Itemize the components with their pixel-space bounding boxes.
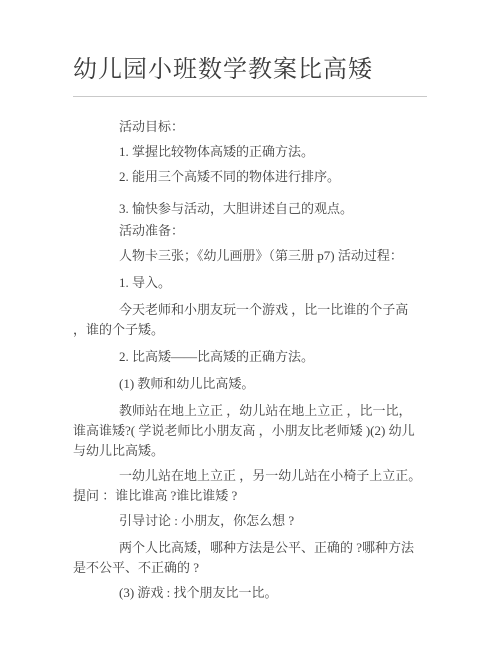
paragraph: (1) 教师和幼儿比高矮。 — [73, 374, 423, 394]
paragraph: 3. 愉快参与活动，大胆讲述自己的观点。 — [73, 199, 423, 219]
paragraph: 一幼儿站在地上立正 ，另一幼儿站在小椅子上立正。提问 ：谁比谁高 ?谁比谁矮 ? — [73, 466, 423, 506]
paragraph: 2. 能用三个高矮不同的物体进行排序。 — [73, 167, 423, 187]
page-title: 幼儿园小班数学教案比高矮 — [73, 55, 427, 85]
document-page: 幼儿园小班数学教案比高矮 活动目标： 1. 掌握比较物体高矮的正确方法。 2. … — [0, 0, 500, 648]
paragraph: 活动准备： — [73, 221, 423, 241]
paragraph: 引导讨论 : 小朋友，你怎么想 ? — [73, 511, 423, 531]
paragraph: 1. 掌握比较物体高矮的正确方法。 — [73, 142, 423, 162]
paragraph: 1. 导入。 — [73, 273, 423, 293]
paragraph: 两个人比高矮，哪种方法是公平、正确的 ?哪种方法是不公平、不正确的 ? — [73, 538, 423, 578]
document-body: 活动目标： 1. 掌握比较物体高矮的正确方法。 2. 能用三个高矮不同的物体进行… — [73, 117, 423, 603]
title-divider — [73, 96, 427, 97]
paragraph: 今天老师和小朋友玩一个游戏 ，比一比谁的个子高 ，谁的个子矮。 — [73, 300, 423, 340]
paragraph: (3) 游戏 : 找个朋友比一比。 — [73, 583, 423, 603]
paragraph: 教师站在地上立正 ，幼儿站在地上立正 ，比一比，谁高谁矮?( 学说老师比小朋友高… — [73, 401, 423, 461]
paragraph: 2. 比高矮——比高矮的正确方法。 — [73, 347, 423, 367]
paragraph: 人物卡三张；《幼儿画册》（第三册 p7) 活动过程： — [73, 246, 423, 266]
paragraph: 活动目标： — [73, 117, 423, 137]
